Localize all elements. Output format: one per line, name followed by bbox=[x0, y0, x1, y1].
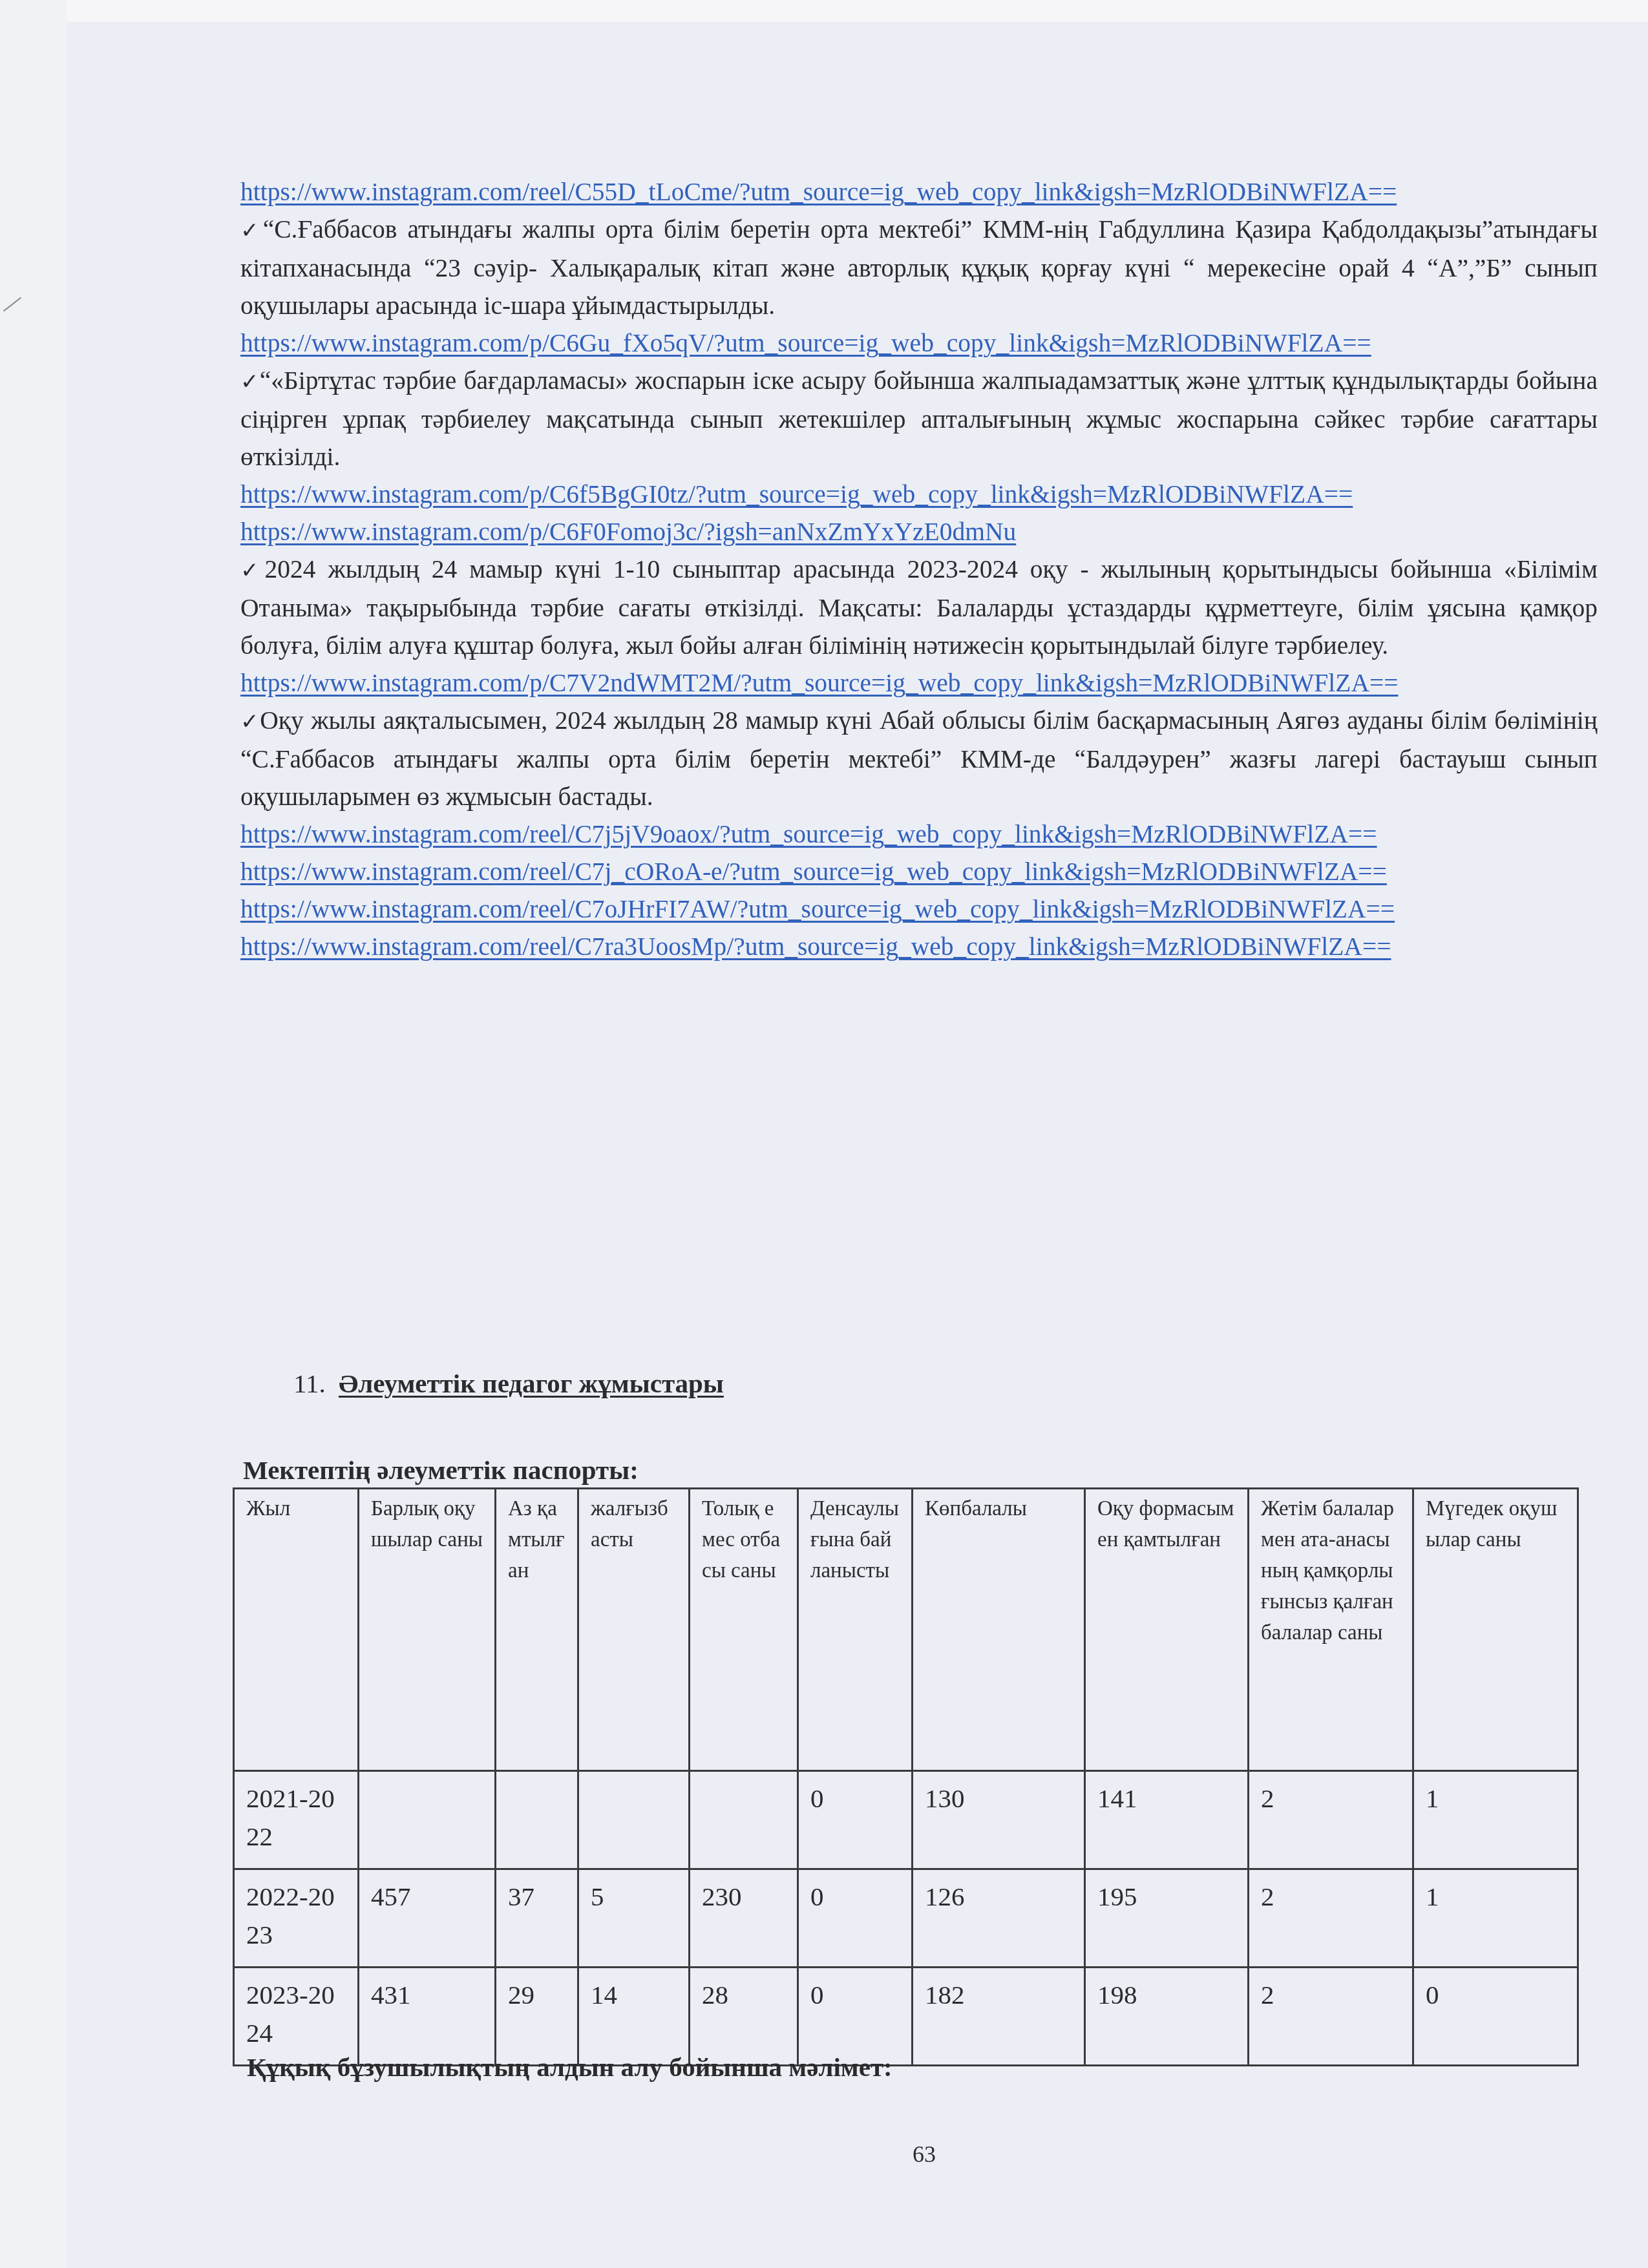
column-header: Жетім балалар мен ата-анасының қамқорлығ… bbox=[1249, 1489, 1413, 1771]
instagram-link[interactable]: https://www.instagram.com/reel/C55D_tLoC… bbox=[240, 173, 1598, 211]
table-cell bbox=[496, 1771, 578, 1869]
instagram-link[interactable]: https://www.instagram.com/p/C7V2ndWMT2M/… bbox=[240, 664, 1598, 702]
paragraph-text: “«Біртұтас тәрбие бағдарламасы» жоспарын… bbox=[240, 366, 1598, 471]
table-cell: 2 bbox=[1249, 1771, 1413, 1869]
scan-left-margin bbox=[0, 0, 67, 2268]
section-number: 11. bbox=[293, 1369, 326, 1398]
column-header: Аз қамтылған bbox=[496, 1489, 578, 1771]
instagram-link[interactable]: https://www.instagram.com/reel/C7j5jV9oa… bbox=[240, 815, 1598, 853]
checkmark-icon: ✓ bbox=[240, 709, 260, 735]
column-header: Жыл bbox=[234, 1489, 359, 1771]
table-header-row: ЖылБарлық оқушылар саныАз қамтылғанжалғы… bbox=[234, 1489, 1578, 1771]
column-header: Көпбалалы bbox=[913, 1489, 1085, 1771]
column-header: Денсаулығына байланысты bbox=[798, 1489, 913, 1771]
column-header: жалғызбасты bbox=[578, 1489, 690, 1771]
event-paragraph: ✓“С.Ғаббасов атындағы жалпы орта білім б… bbox=[240, 211, 1598, 324]
table-cell: 126 bbox=[913, 1869, 1085, 1968]
column-header: Мүгедек оқушылар саны bbox=[1413, 1489, 1578, 1771]
table-cell: 0 bbox=[798, 1771, 913, 1869]
table-cell: 130 bbox=[913, 1771, 1085, 1869]
event-paragraph: ✓2024 жылдың 24 мамыр күні 1-10 сыныптар… bbox=[240, 551, 1598, 664]
next-section-heading: Құқық бұзушылықтың алдын алу бойынша мәл… bbox=[247, 2048, 893, 2086]
table-cell bbox=[578, 1771, 690, 1869]
scan-top-margin bbox=[0, 0, 1648, 22]
instagram-link[interactable]: https://www.instagram.com/reel/C7oJHrFI7… bbox=[240, 890, 1598, 928]
instagram-link[interactable]: https://www.instagram.com/p/C6F0Fomoj3c/… bbox=[240, 513, 1598, 551]
table-cell: 2 bbox=[1249, 1869, 1413, 1968]
year-cell: 2022-2023 bbox=[234, 1869, 359, 1968]
instagram-link[interactable]: https://www.instagram.com/reel/C7j_cORoA… bbox=[240, 853, 1598, 890]
table-row: 2022-2023457375230012619521 bbox=[234, 1869, 1578, 1968]
section-heading: 11. Әлеуметтік педагог жұмыстары bbox=[293, 1365, 724, 1402]
section-title: Әлеуметтік педагог жұмыстары bbox=[339, 1369, 724, 1398]
checkmark-icon: ✓ bbox=[240, 558, 265, 583]
table-cell: 37 bbox=[496, 1869, 578, 1968]
table-cell: 182 bbox=[913, 1968, 1085, 2066]
table-cell: 0 bbox=[1413, 1968, 1578, 2066]
checkmark-icon: ✓ bbox=[240, 369, 260, 395]
instagram-link[interactable]: https://www.instagram.com/p/C6Gu_fXo5qV/… bbox=[240, 324, 1598, 362]
column-header: Толық емес отбасы саны bbox=[690, 1489, 798, 1771]
table-cell: 230 bbox=[690, 1869, 798, 1968]
table-cell: 1 bbox=[1413, 1869, 1578, 1968]
instagram-link[interactable]: https://www.instagram.com/reel/C7ra3Uoos… bbox=[240, 928, 1598, 965]
table-cell bbox=[690, 1771, 798, 1869]
paragraph-text: 2024 жылдың 24 мамыр күні 1-10 сыныптар … bbox=[240, 555, 1598, 660]
document-body: https://www.instagram.com/reel/C55D_tLoC… bbox=[240, 173, 1598, 965]
event-paragraph: ✓“«Біртұтас тәрбие бағдарламасы» жоспары… bbox=[240, 362, 1598, 476]
instagram-link[interactable]: https://www.instagram.com/p/C6f5BgGI0tz/… bbox=[240, 476, 1598, 513]
table-cell: 457 bbox=[359, 1869, 496, 1968]
checkmark-icon: ✓ bbox=[240, 218, 263, 244]
table-caption: Мектептің әлеуметтік паспорты: bbox=[243, 1451, 639, 1489]
table-cell: 2 bbox=[1249, 1968, 1413, 2066]
table-cell: 5 bbox=[578, 1869, 690, 1968]
column-header: Оқу формасымен қамтылған bbox=[1085, 1489, 1249, 1771]
column-header: Барлық оқушылар саны bbox=[359, 1489, 496, 1771]
year-cell: 2021-2022 bbox=[234, 1771, 359, 1869]
page-number: 63 bbox=[913, 2139, 936, 2170]
table-cell: 195 bbox=[1085, 1869, 1249, 1968]
table-cell: 0 bbox=[798, 1869, 913, 1968]
table-cell: 198 bbox=[1085, 1968, 1249, 2066]
table-cell bbox=[359, 1771, 496, 1869]
social-passport-table: ЖылБарлық оқушылар саныАз қамтылғанжалғы… bbox=[233, 1487, 1579, 2066]
table-cell: 141 bbox=[1085, 1771, 1249, 1869]
event-paragraph: ✓Оқу жылы аяқталысымен, 2024 жылдың 28 м… bbox=[240, 702, 1598, 815]
table-body: 2021-20220130141212022-20234573752300126… bbox=[234, 1771, 1578, 2066]
paragraph-text: Оқу жылы аяқталысымен, 2024 жылдың 28 ма… bbox=[240, 706, 1598, 811]
table-row: 2021-2022013014121 bbox=[234, 1771, 1578, 1869]
table-cell: 1 bbox=[1413, 1771, 1578, 1869]
paragraph-text: “С.Ғаббасов атындағы жалпы орта білім бе… bbox=[240, 215, 1598, 320]
